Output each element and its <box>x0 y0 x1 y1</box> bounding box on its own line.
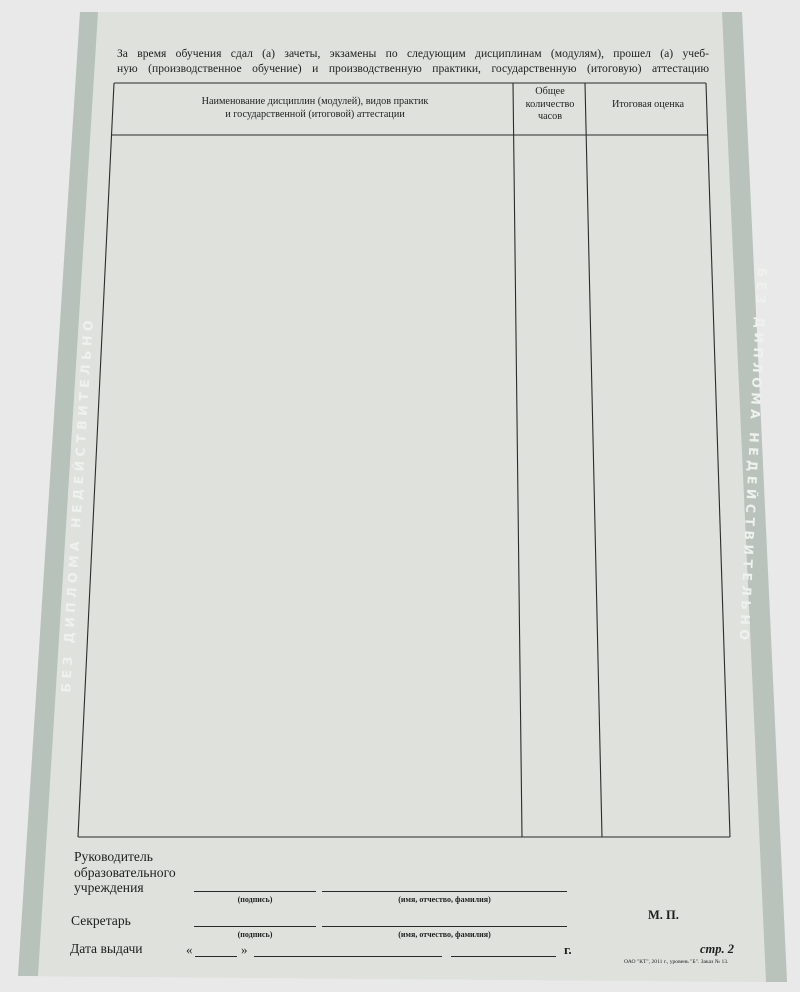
secretary-name-line[interactable] <box>322 926 567 927</box>
column-header-hours: Общее количество часов <box>512 86 588 124</box>
table-right-border <box>706 83 730 837</box>
secretary-name-caption: (имя, отчество, фамилия) <box>322 930 567 939</box>
label-line: образовательного <box>74 865 176 881</box>
printer-imprint: ОАО "КТ", 2011 г., уровень "Б". Заказ № … <box>624 959 728 965</box>
head-signature-line[interactable] <box>194 891 316 892</box>
issue-month-line[interactable] <box>254 956 442 957</box>
issue-date-label: Дата выдачи <box>70 941 143 957</box>
page-number: стр. 2 <box>700 942 734 957</box>
header-line: Итоговая оценка <box>588 99 708 112</box>
header-line: и государственной (итоговой) аттестации <box>150 109 480 122</box>
date-close-quote: » <box>241 942 248 958</box>
header-line: часов <box>512 111 588 124</box>
head-signature-caption: (подпись) <box>194 895 316 904</box>
table-left-border <box>78 83 114 837</box>
head-name-caption: (имя, отчество, фамилия) <box>322 895 567 904</box>
column-header-discipline: Наименование дисциплин (модулей), видов … <box>150 96 480 121</box>
head-name-line[interactable] <box>322 891 567 892</box>
secretary-signature-caption: (подпись) <box>194 930 316 939</box>
column-divider-grade <box>585 83 602 837</box>
secretary-label: Секретарь <box>71 913 131 929</box>
secretary-signature-line[interactable] <box>194 926 316 927</box>
column-divider-hours <box>513 83 522 837</box>
grades-table-grid <box>0 0 800 992</box>
seal-placeholder: М. П. <box>648 908 679 923</box>
issue-day-line[interactable] <box>195 956 237 957</box>
label-line: учреждения <box>74 880 176 896</box>
year-suffix: г. <box>564 942 572 958</box>
header-line: количество <box>512 99 588 112</box>
head-of-institution-label: Руководитель образовательного учреждения <box>74 849 176 896</box>
date-open-quote: « <box>186 942 193 958</box>
column-header-grade: Итоговая оценка <box>588 99 708 112</box>
header-line: Общее <box>512 86 588 99</box>
issue-year-line[interactable] <box>451 956 556 957</box>
header-line: Наименование дисциплин (модулей), видов … <box>150 96 480 109</box>
label-line: Руководитель <box>74 849 176 865</box>
